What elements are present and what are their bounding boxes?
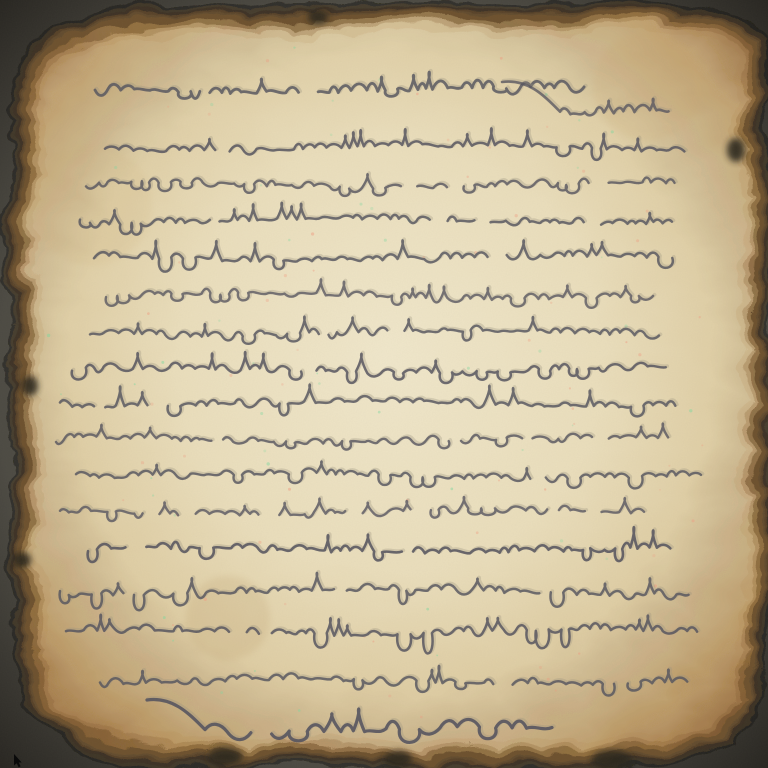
grain-texture <box>0 0 768 768</box>
parchment-photo <box>0 0 768 768</box>
screenshot-root <box>0 0 768 768</box>
